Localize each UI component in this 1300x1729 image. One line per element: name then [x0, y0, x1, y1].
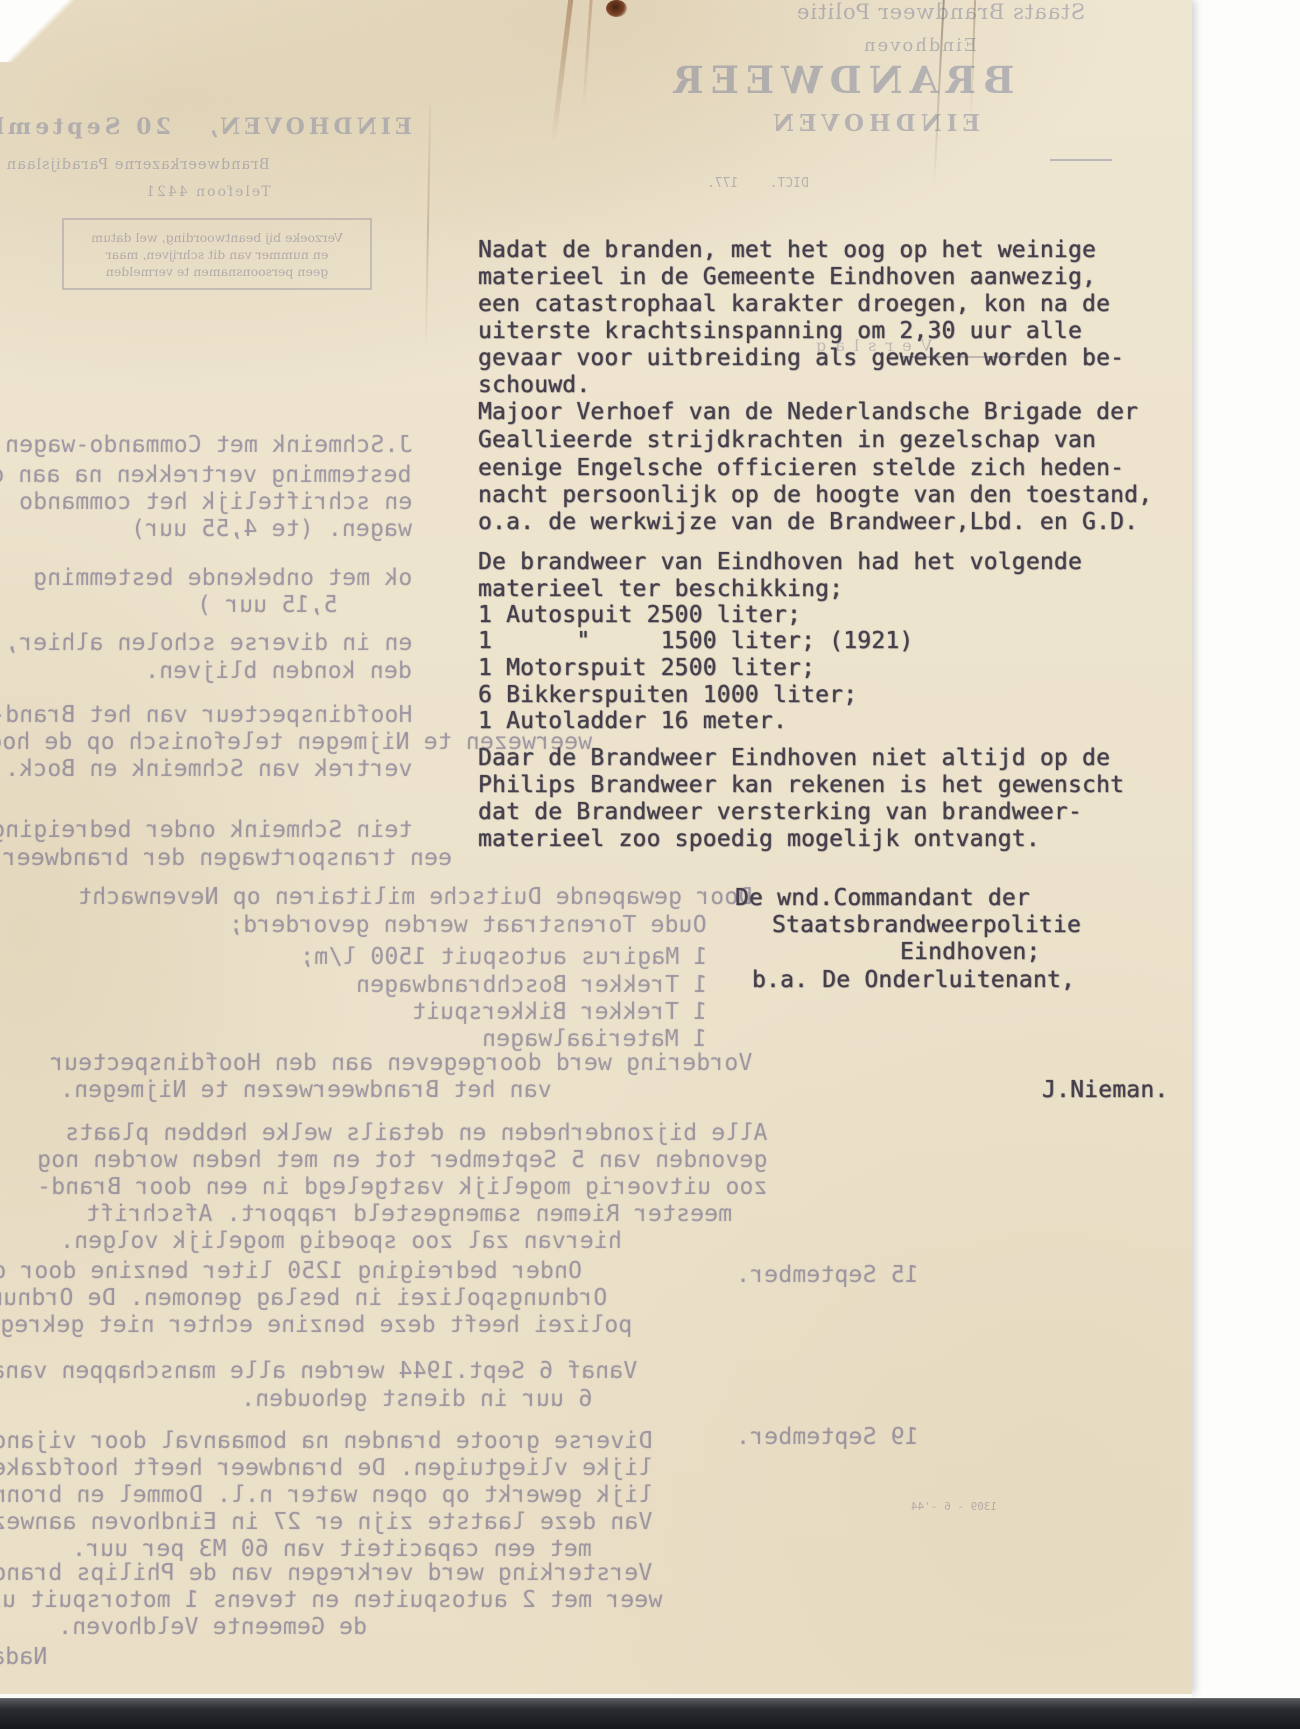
- typed-line: o.a. de werkwijze van de Brandweer,Lbd. …: [478, 509, 1138, 535]
- ghost-line: J.Schmeink met Commando-wagen: [5, 432, 412, 458]
- ghost-date-line: EINDHOVEN, 20 September 1944: [0, 114, 412, 140]
- ghost-line: 1 Materiaalwagen: [482, 1026, 707, 1052]
- typed-line: een catastrophaal karakter droegen, kon …: [478, 291, 1110, 317]
- ghost-line: hiervan zal zoo spoedig mogelijk volgen.: [60, 1228, 622, 1254]
- ghost-line: met een capaciteit van 60 M3 per uur.: [72, 1536, 592, 1562]
- ghost-line: Diverse groote branden na bomaanval door…: [0, 1428, 652, 1454]
- typed-line: Majoor Verhoef van de Nederlandsche Brig…: [478, 399, 1138, 425]
- rust-streak: [551, 0, 574, 142]
- ghost-letterhead-rule: [1050, 159, 1112, 161]
- ghost-line: Alle bijzonderheden en details welke heb…: [65, 1120, 767, 1146]
- rust-stain-dot: [606, 0, 627, 17]
- typed-line: 1 Autoladder 16 meter.: [478, 708, 787, 734]
- ghost-line: 15 September.: [736, 1262, 919, 1288]
- typed-line: De brandweer van Eindhoven had het volge…: [478, 549, 1082, 575]
- ghost-letterhead-city: Eindhoven: [862, 35, 977, 56]
- paper-corner-wedge: [0, 0, 84, 62]
- ghost-line: een transportwagen der brandweer weg hal…: [0, 845, 452, 871]
- typed-line: dat de Brandweer versterking van brandwe…: [478, 799, 1082, 825]
- ghost-line: 1309 - 6 -'44: [911, 1500, 997, 1513]
- typed-line: gevaar voor uitbreiding als geweken word…: [478, 345, 1124, 371]
- ghost-address-street: Brandweerkazerne Paradijslaan 6: [0, 157, 270, 173]
- typed-line: Staatsbrandweerpolitie: [772, 912, 1081, 938]
- ghost-line: van het Brandweerwezen te Nijmegen.: [60, 1077, 552, 1103]
- ghost-line: 1 Magirus autospuit 1500 l/m;: [300, 944, 707, 970]
- ghost-line: 5,15 uur ): [197, 592, 337, 618]
- ghost-line: 6 uur in dienst gehouden.: [241, 1386, 592, 1412]
- scratch-mark: [425, 105, 431, 350]
- ghost-line: gevonden van 5 September tot en met hede…: [37, 1147, 767, 1173]
- viewer-bottom-bar: [0, 1698, 1300, 1729]
- typed-line: 1 Motorspuit 2500 liter;: [478, 655, 815, 681]
- ghost-line: bestemming vertrekken na aan den: [0, 462, 412, 488]
- ghost-note-line: Verzoeke bij beantwoording, wel datum: [91, 229, 343, 246]
- document-scan-page: Staats Brandweer Politie Eindhoven BRAND…: [0, 0, 1300, 1729]
- ghost-line: lijke vliegtuigen. De brandweer heeft ho…: [0, 1455, 652, 1481]
- ghost-line: wagen. (te 4,55 uur): [131, 516, 412, 542]
- typed-line: nacht persoonlijk op de hoogte van den t…: [478, 482, 1152, 508]
- rust-streak: [582, 0, 593, 108]
- ghost-note-line: en nummer van dit schrijven, maar: [106, 246, 329, 263]
- paper-sheet: Staats Brandweer Politie Eindhoven BRAND…: [0, 0, 1192, 1694]
- typed-line: Nadat de branden, met het oog op het wei…: [478, 237, 1096, 263]
- typed-line: materieel zoo spoedig mogelijk ontvangt.: [478, 826, 1040, 852]
- ghost-line: Van deze laatste zijn er 27 in Eindhoven…: [0, 1509, 652, 1535]
- ghost-line: 1 Trekker Bikkerspuit: [412, 999, 707, 1025]
- ghost-line: Nadat: [0, 1644, 47, 1670]
- typed-line: 1 " 1500 liter; (1921): [478, 628, 913, 654]
- typed-line: 6 Bikkerspuiten 1000 liter;: [478, 682, 857, 708]
- ghost-note-line: geen persoonsnamen te vermelden: [106, 263, 328, 280]
- ghost-line: en in diverse scholen alhier,: [5, 630, 412, 656]
- ghost-line: vertrek van Schmeink en Bock.: [5, 756, 412, 782]
- ghost-letterhead-agency: Staats Brandweer Politie: [796, 0, 1085, 24]
- ghost-line: Vordering werd doorgegeven aan den Hoofd…: [50, 1050, 752, 1076]
- ghost-address-phone: Telefoon 4421: [144, 184, 270, 200]
- ghost-line: meester Riemen samengesteld rapport. Afs…: [86, 1201, 732, 1227]
- ghost-letterhead-title: BRANDWEER: [666, 58, 1014, 102]
- typed-line: materieel in de Gemeente Eindhoven aanwe…: [478, 264, 1096, 290]
- ghost-line: lijk gewerkt op open water n.l. Dommel e…: [0, 1482, 652, 1508]
- typed-line: schouwd.: [478, 372, 590, 398]
- ghost-line: de Gemeente Veldhoven.: [58, 1614, 367, 1640]
- ghost-line: tein Schmeink onder bedreiging: [0, 817, 412, 843]
- ghost-line: 1 Trekker Boschbrandwagen: [356, 972, 707, 998]
- typed-line: Philips Brandweer kan rekenen is het gew…: [478, 772, 1124, 798]
- ghost-line: Oude Torenstraat werden gevorderd;: [229, 912, 707, 938]
- ghost-line: 19 September.: [736, 1424, 919, 1450]
- ghost-line: Hoofdinspecteur van het Brand-: [0, 702, 412, 728]
- ghost-line: en schriftelijk het commando: [19, 489, 412, 515]
- ghost-line: ok met onbekende bestemming: [33, 565, 412, 591]
- ghost-dict-number: DICT. 177.: [707, 176, 809, 191]
- typed-line: uiterste krachtsinspanning om 2,30 uur a…: [478, 318, 1082, 344]
- ghost-line: den konden blijven.: [145, 658, 412, 684]
- typed-line: materieel ter beschikking;: [478, 576, 843, 602]
- ghost-line: zoo uitvoerig mogelijk vastgelegd in een…: [37, 1174, 767, 1200]
- ghost-line: Onder bedreiging 1250 liter benzine door…: [0, 1258, 582, 1284]
- ghost-line: Vanaf 6 Sept.1944 werden alle manschappe…: [0, 1358, 637, 1384]
- ghost-line: Versterking werd verkregen van de Philip…: [0, 1560, 652, 1586]
- typed-line: J.Nieman.: [1042, 1077, 1168, 1103]
- ghost-line: Ordnungspolizei in beslag genomen. De Or…: [0, 1285, 607, 1311]
- ghost-letterhead-subtitle: EINDHOVEN: [768, 110, 980, 137]
- typed-line: 1 Autospuit 2500 liter;: [478, 602, 801, 628]
- ghost-note-box: Verzoeke bij beantwoording, wel datum en…: [62, 218, 372, 290]
- ghost-line: polizei heeft deze benzine echter niet g…: [0, 1312, 632, 1338]
- typed-line: Geallieerde strijdkrachten in gezelschap…: [478, 427, 1096, 453]
- typed-line: Daar de Brandweer Eindhoven niet altijd …: [478, 745, 1110, 771]
- typed-line: eenige Engelsche officieren stelde zich …: [478, 455, 1124, 481]
- typed-line: b.a. De Onderluitenant,: [752, 967, 1075, 993]
- ghost-line: weer met 2 autospuiten en tevens 1 motor…: [0, 1587, 662, 1613]
- typed-line: Eindhoven;: [900, 939, 1040, 965]
- ghost-line: Door gewapende Duitsche militairen op Ne…: [78, 884, 752, 910]
- typed-line: De wnd.Commandant der: [735, 885, 1030, 911]
